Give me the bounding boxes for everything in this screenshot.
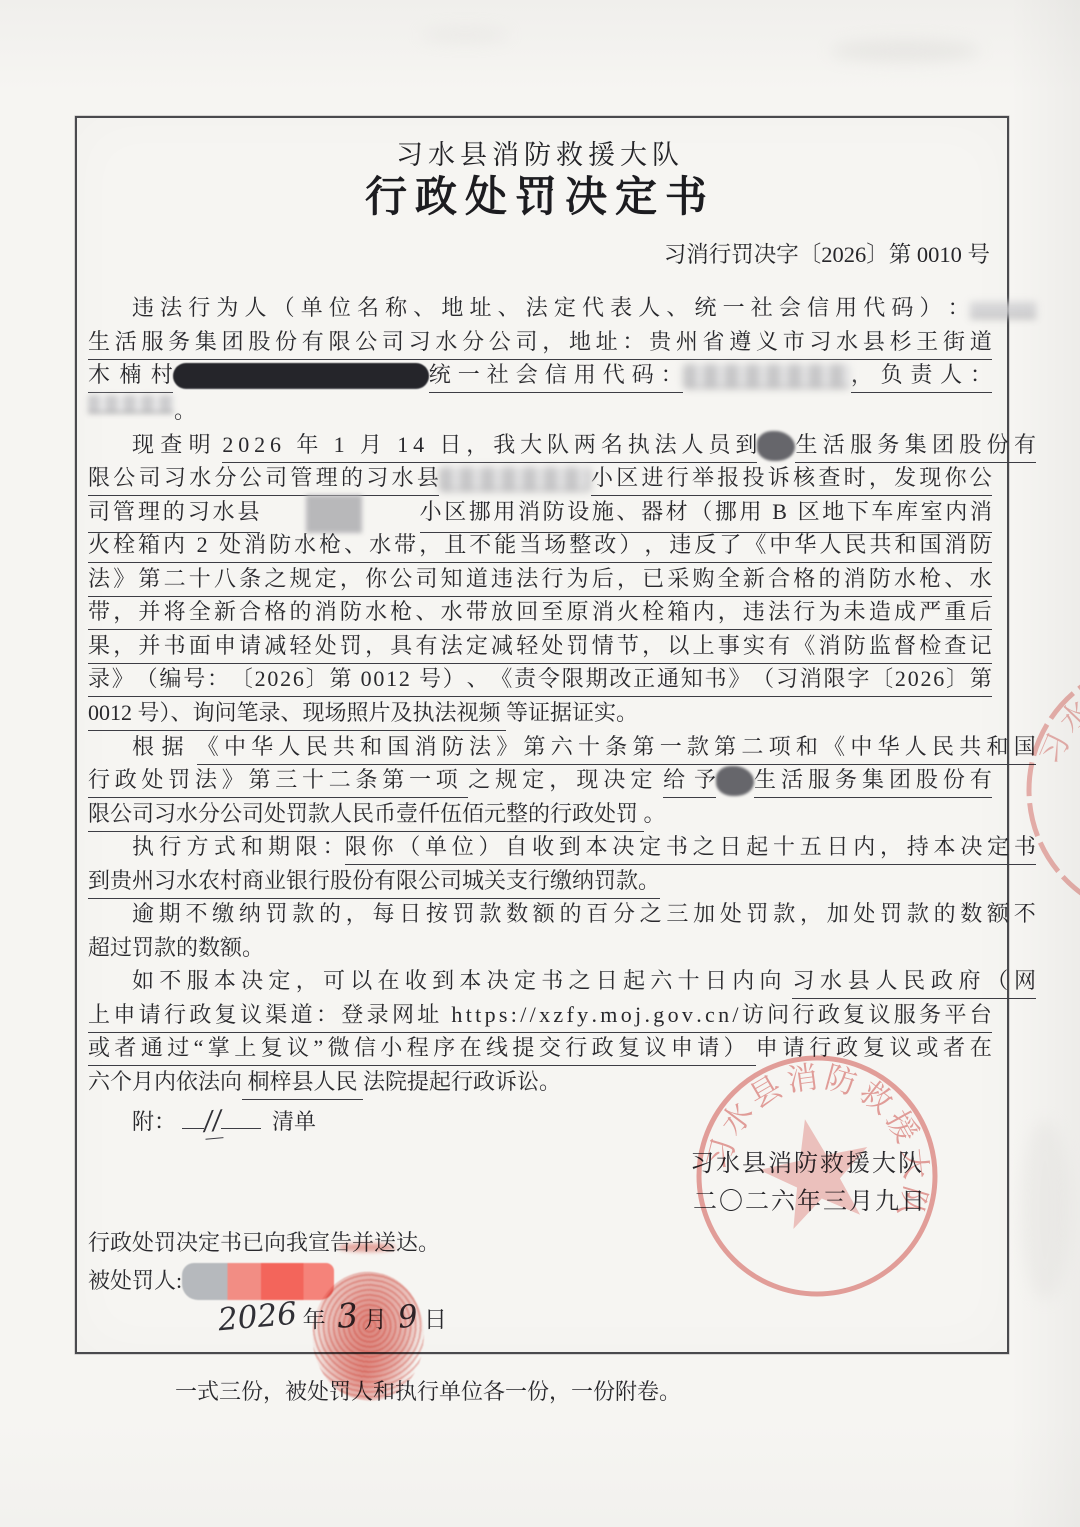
- text-run: 2026 年 1 月 14 日，我大队两名执法人员到: [222, 428, 757, 463]
- doc-line: 带，并将全新合格的消防水枪、水带放回至原消火栓箱内，违法行为未造成严重后: [88, 595, 992, 630]
- text-run: 年: [297, 1303, 337, 1337]
- text-run: 法院提起行政诉讼。: [363, 1065, 561, 1099]
- redaction-blur: [683, 364, 851, 388]
- doc-line: 六个月内依法向 桐梓县人民 法院提起行政诉讼。: [88, 1065, 561, 1100]
- text-run: 等证据证实。: [506, 696, 638, 730]
- redaction-smudge: [970, 302, 1036, 318]
- handwritten-text: //: [202, 1103, 223, 1139]
- text-run: 火栓箱内 2 处消防水枪、水带，且不能当场整改），违反了《中华人民共和国消防: [88, 528, 992, 563]
- doc-line: 果，并书面申请减轻处罚，具有法定减轻处罚情节，以上事实有《消防监督检查记: [88, 629, 992, 664]
- copies-note-line: 一式三份，被处罚人和执行单位各一份，一份附卷。: [175, 1375, 681, 1409]
- svg-text:习水县消防救援大队: 习水县消防救援大队: [1032, 640, 1080, 821]
- text-run: 录》（编号：〔2026〕第 0012 号）、《责令限期改正通知书》（习消限字〔2…: [88, 662, 992, 697]
- doc-line: 执行方式和期限：限你（单位）自收到本决定书之日起十五日内，持本决定书: [88, 830, 1036, 865]
- doc-line: 生活服务集团股份有限公司习水分公司，地址：贵州省遵义市习水县杉王街道: [88, 325, 992, 360]
- text-run: 六个月内依法向: [88, 1065, 242, 1099]
- text-run: 根据: [132, 730, 197, 765]
- handwritten-text: 3: [336, 1298, 360, 1334]
- doc-line: 逾期不缴纳罚款的，每日按罚款数额的百分之三加处罚款，加处罚款的数额不: [88, 897, 1036, 931]
- signature-org-line: 习水县消防救援大队: [690, 1147, 924, 1181]
- served-statement-line: 行政处罚决定书已向我宣告并送达。: [88, 1226, 440, 1260]
- doc-line: 到贵州习水农村商业银行股份有限公司城关支行缴纳罚款。: [88, 864, 660, 899]
- text-run: 带，并将全新合格的消防水枪、水带放回至原消火栓箱内，违法行为未造成严重后: [88, 595, 992, 630]
- doc-line: 根据 《中华人民共和国消防法》第六十条第一款第二项和《中华人民共和国: [88, 730, 1036, 765]
- doc-line: 上申请行政复议渠道：登录网址 https://xzfy.moj.gov.cn/访…: [88, 998, 992, 1033]
- text-run: 到贵州习水农村商业银行股份有限公司城关支行缴纳罚款。: [88, 864, 660, 899]
- text-run: 附：: [132, 1105, 182, 1139]
- scan-smear: [1020, 1120, 1070, 1300]
- redaction-blur2: [88, 395, 174, 413]
- redaction-blob: [716, 766, 754, 796]
- text-run: 生活服务集团股份有限公司习水分公司，地址：贵州省遵义市习水县杉王街道: [88, 325, 992, 360]
- text-run: 生活服务集团股份有: [795, 428, 1036, 463]
- text-run: 月: [358, 1303, 398, 1337]
- text-run: 一式三份，被处罚人和执行单位各一份，一份附卷。: [175, 1375, 681, 1409]
- doc-line: 超过罚款的数额。: [88, 931, 264, 965]
- text-run: 超过罚款的数额。: [88, 931, 264, 965]
- text-run: 现查明: [132, 428, 222, 463]
- document-title: 行政处罚决定书: [75, 172, 1005, 224]
- redaction-gap: [182, 1098, 204, 1129]
- doc-line: 行政处罚法》第三十二条第一项 之规定，现决定 给予生活服务集团股份有: [88, 763, 992, 798]
- handwritten-date-line: 2026 年 3 月 9 日: [218, 1299, 447, 1337]
- text-run: 违法行为人（单位名称、地址、法定代表人、统一社会信用代码）：: [132, 291, 970, 325]
- doc-line: 附： // 清单: [88, 1098, 316, 1139]
- redaction-sigbar: [182, 1263, 334, 1300]
- seal-arc-text: 习水县消防救援大队: [1032, 640, 1080, 821]
- text-run: 。: [174, 394, 196, 428]
- text-run: 生活服务集团股份有: [754, 763, 992, 798]
- text-run: 或者通过“掌上复议”微信小程序在线提交行政复议申请）: [88, 1031, 756, 1066]
- text-run: 习水县消防救援大队: [690, 1147, 924, 1181]
- document-number: 习消行罚决字〔2026〕第 0010 号: [88, 238, 990, 272]
- text-run: 日: [418, 1303, 447, 1337]
- doc-line: 木楠村统一社会信用代码：，负责人：: [88, 358, 992, 393]
- text-run: 行政处罚决定书已向我宣告并送达。: [88, 1226, 440, 1260]
- text-run: 统一社会信用代码：: [429, 358, 683, 393]
- issuing-authority-title: 习水县消防救援大队: [75, 138, 1005, 172]
- red-ink-smudge: [338, 1243, 396, 1252]
- penalized-party-line: 被处罚人:: [88, 1263, 334, 1300]
- text-run: 执行方式和期限：: [132, 830, 345, 865]
- redaction-blob: [757, 431, 795, 461]
- scan-smear: [420, 28, 510, 42]
- text-run: 限公司习水分公司处罚款人民币壹仟伍佰元整的行政处罚: [88, 797, 644, 832]
- text-run: 之规定，现决定: [468, 763, 663, 798]
- scanned-document-page: 习水县消防救援大队 行政处罚决定书 习消行罚决字〔2026〕第 0010 号 违…: [0, 0, 1080, 1527]
- text-run: 二〇二六年三月九日: [693, 1185, 927, 1219]
- text-run: 上申请行政复议渠道：登录网址 https://xzfy.moj.gov.cn/访…: [88, 998, 992, 1033]
- text-run: 给予: [663, 763, 716, 798]
- doc-line: 火栓箱内 2 处消防水枪、水带，且不能当场整改），违反了《中华人民共和国消防: [88, 528, 992, 563]
- signature-date-line: 二〇二六年三月九日: [693, 1185, 927, 1219]
- text-run: 被处罚人:: [88, 1264, 182, 1298]
- doc-line: 或者通过“掌上复议”微信小程序在线提交行政复议申请） 申请行政复议或者在: [88, 1031, 992, 1066]
- doc-line: 违法行为人（单位名称、地址、法定代表人、统一社会信用代码）：: [88, 291, 1036, 325]
- text-run: 果，并书面申请减轻处罚，具有法定减轻处罚情节，以上事实有《消防监督检查记: [88, 629, 992, 664]
- text-run: 《中华人民共和国消防法》第六十条第一款第二项和《中华人民共和国: [197, 730, 1036, 765]
- text-run: 桐梓县人民: [242, 1065, 363, 1100]
- doc-line: 现查明 2026 年 1 月 14 日，我大队两名执法人员到生活服务集团股份有: [88, 428, 1036, 463]
- text-run: 如不服本决定，可以在收到本决定书之日起六十日内向: [132, 964, 792, 999]
- text-run: 法》第二十八条之规定，你公司知道违法行为后，已采购全新合格的消防水枪、水: [88, 562, 992, 597]
- doc-line: 如不服本决定，可以在收到本决定书之日起六十日内向 习水县人民政府（网: [88, 964, 1036, 999]
- handwritten-text: 2026: [217, 1297, 299, 1338]
- doc-line: 0012 号）、询问笔录、现场照片及执法视频 等证据证实。: [88, 696, 638, 731]
- text-run: 小区进行举报投诉核查时，发现你公: [591, 461, 992, 496]
- doc-line: 。: [88, 394, 196, 428]
- text-run: 习水县人民政府（网: [792, 964, 1036, 999]
- text-run: 0012 号）、询问笔录、现场照片及执法视频: [88, 696, 506, 731]
- text-run: 清单: [261, 1105, 316, 1139]
- scan-smear: [830, 40, 980, 62]
- text-run: ，负责人：: [851, 358, 992, 393]
- text-run: 限公司习水分公司管理的习水县: [88, 461, 439, 496]
- doc-line: 限公司习水分公司处罚款人民币壹仟伍佰元整的行政处罚 。: [88, 797, 666, 832]
- text-run: 行政处罚法》第三十二条第一项: [88, 763, 468, 798]
- redaction-black: [173, 363, 429, 389]
- doc-line: 录》（编号：〔2026〕第 0012 号）、《责令限期改正通知书》（习消限字〔2…: [88, 662, 992, 697]
- redaction-blur: [439, 467, 591, 491]
- text-run: 申请行政复议或者在: [756, 1031, 992, 1066]
- text-run: 逾期不缴纳罚款的，每日按罚款数额的百分之三加处罚款，加处罚款的数额不: [132, 897, 1036, 931]
- handwritten-text: 9: [397, 1299, 420, 1335]
- doc-line: 限公司习水分公司管理的习水县小区进行举报投诉核查时，发现你公: [88, 461, 992, 496]
- text-run: 限你（单位）自收到本决定书之日起十五日内，持本决定书: [345, 830, 1036, 865]
- redaction-gap: [221, 1098, 261, 1129]
- text-run: 木楠村: [88, 358, 173, 393]
- doc-line: 法》第二十八条之规定，你公司知道违法行为后，已采购全新合格的消防水枪、水: [88, 562, 992, 597]
- text-run: 。: [644, 797, 666, 831]
